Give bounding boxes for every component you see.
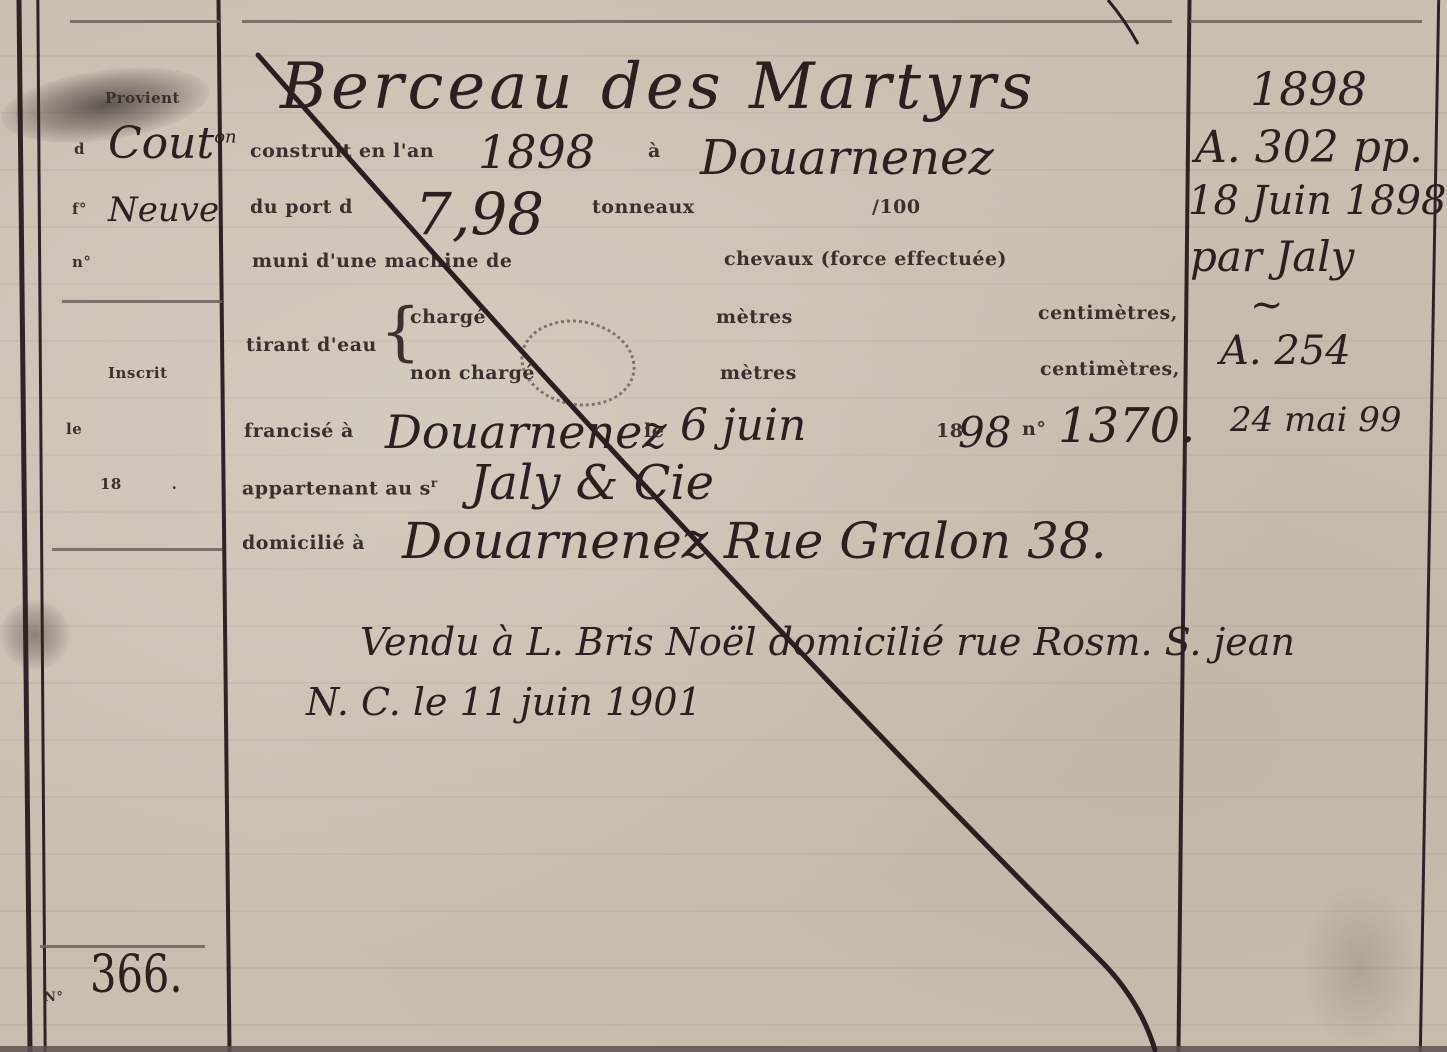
strike-through-line [0,0,1447,1052]
ledger-page: Provient d f° n° Couton Neuve Inscrit le… [0,0,1447,1052]
